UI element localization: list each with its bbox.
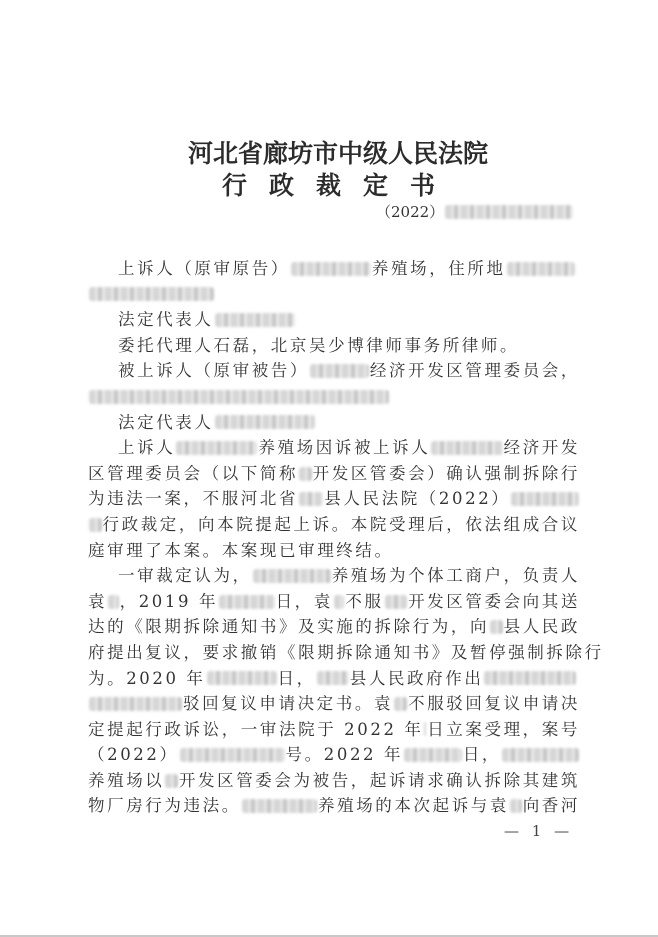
text-segment: 不服驳回复议申请决 xyxy=(408,691,580,717)
redaction-block xyxy=(502,748,579,762)
text-segment: 为。2020 年 xyxy=(88,666,206,692)
text-line: 法定代表人 xyxy=(88,410,580,436)
text-segment: 向香河 xyxy=(523,793,580,819)
redaction-block xyxy=(334,595,345,609)
case-number-prefix: （2022） xyxy=(376,201,444,222)
redaction-block xyxy=(385,595,408,609)
text-segment: 府提出复议，要求撤销《限期拆除通知书》及暂停强制拆除行 xyxy=(88,640,604,666)
text-segment: 为违法一案，不服河北省 xyxy=(88,486,298,512)
text-segment: 被上诉人（原审被告） xyxy=(118,358,309,384)
redaction-block xyxy=(242,799,317,813)
redaction-block xyxy=(394,697,407,711)
text-line: 上诉人养殖场因诉被上诉人经济开发 xyxy=(88,435,580,461)
text-segment: 区管理委员会（以下简称 xyxy=(88,461,298,487)
redaction-block xyxy=(176,441,257,455)
redaction-block xyxy=(310,364,369,378)
text-segment: 法定代表人 xyxy=(118,410,214,436)
text-line: 一审裁定认为，养殖场为个体工商户，负责人 xyxy=(88,563,580,589)
text-segment: 号。2022 年 xyxy=(286,742,404,768)
redaction-block xyxy=(317,671,349,685)
text-line: 为违法一案，不服河北省县人民法院（2022） xyxy=(88,486,580,512)
redaction-block xyxy=(490,620,502,634)
text-line xyxy=(88,384,580,410)
text-segment: 养殖场以 xyxy=(88,768,164,794)
text-line: 养殖场以开发区管委会为被告，起诉请求确认拆除其建筑 xyxy=(88,768,580,794)
text-segment: 达的《限期拆除通知书》及实施的拆除行为，向 xyxy=(88,614,489,640)
text-segment: 经济开发 xyxy=(504,435,580,461)
text-line: 委托代理人石磊，北京吴少博律师事务所律师。 xyxy=(88,333,580,359)
text-segment: 日， xyxy=(463,742,501,768)
text-segment: 委托代理人石磊，北京吴少博律师事务所律师。 xyxy=(118,333,519,359)
text-line: 驳回复议申请决定书。袁不服驳回复议申请决 xyxy=(88,691,580,717)
redaction-block xyxy=(299,467,311,481)
document-page: 河北省廊坊市中级人民法院 行政裁定书 （2022） 上诉人（原审原告）养殖场，住… xyxy=(0,0,658,935)
redaction-block xyxy=(207,671,277,685)
redaction-block xyxy=(219,595,275,609)
text-segment: 法定代表人 xyxy=(118,307,214,333)
text-segment: 不服 xyxy=(345,589,383,615)
text-segment: 养殖场因诉被上诉人 xyxy=(258,435,430,461)
redaction-block xyxy=(253,569,331,583)
redaction-block xyxy=(108,595,119,609)
text-segment: 上诉人（原审原告） xyxy=(118,256,290,282)
text-segment: 日， xyxy=(278,666,316,692)
text-line: 府提出复议，要求撤销《限期拆除通知书》及暂停强制拆除行 xyxy=(88,640,580,666)
text-line: 物厂房行为违法。养殖场的本次起诉与袁向香河 xyxy=(88,793,580,819)
text-segment: 一审裁定认为， xyxy=(118,563,252,589)
redaction-block xyxy=(89,697,182,711)
redaction-block xyxy=(165,774,177,788)
redaction-block xyxy=(180,748,285,762)
redaction-block xyxy=(299,492,323,506)
text-segment: （2022） xyxy=(88,742,179,768)
redaction-block xyxy=(424,722,426,736)
redaction-block xyxy=(484,671,576,685)
redaction-block xyxy=(431,441,502,455)
text-segment: 物厂房行为违法。 xyxy=(88,793,241,819)
redaction-block xyxy=(291,262,371,276)
text-line: 达的《限期拆除通知书》及实施的拆除行为，向县人民政 xyxy=(88,614,580,640)
redaction-block xyxy=(404,748,462,762)
text-line: 袁，2019 年日，袁不服开发区管委会向其送 xyxy=(88,589,580,615)
redaction-block xyxy=(215,313,295,327)
redaction-block xyxy=(511,492,579,506)
text-line: 行政裁定，向本院提起上诉。本院受理后，依法组成合议 xyxy=(88,512,580,538)
redaction-block xyxy=(89,390,389,404)
redaction-block xyxy=(215,415,315,429)
text-line: 庭审理了本案。本案现已审理终结。 xyxy=(88,538,580,564)
text-segment: 庭审理了本案。本案现已审理终结。 xyxy=(88,538,394,564)
text-line: 为。2020 年日，县人民政府作出 xyxy=(88,666,580,692)
document-body: 上诉人（原审原告）养殖场，住所地法定代表人委托代理人石磊，北京吴少博律师事务所律… xyxy=(88,256,580,819)
text-segment: 县人民法院（2022） xyxy=(324,486,510,512)
text-line: 被上诉人（原审被告）经济开发区管理委员会， xyxy=(88,358,580,384)
text-segment: 袁 xyxy=(88,589,107,615)
text-line: 区管理委员会（以下简称开发区管委会）确认强制拆除行 xyxy=(88,461,580,487)
text-segment: 开发区管委会向其送 xyxy=(408,589,580,615)
case-number-redaction xyxy=(445,205,573,219)
document-type-heading: 行政裁定书 xyxy=(222,166,457,202)
text-segment: 养殖场为个体工商户，负责人 xyxy=(332,563,580,589)
court-name-heading: 河北省廊坊市中级人民法院 xyxy=(188,134,488,170)
redaction-block xyxy=(510,799,522,813)
redaction-block xyxy=(507,262,575,276)
text-line: （2022）号。2022 年日， xyxy=(88,742,580,768)
text-segment: 日，袁 xyxy=(276,589,333,615)
text-segment: 上诉人 xyxy=(118,435,175,461)
page-number: — 1 — xyxy=(504,822,573,840)
text-segment: 定提起行政诉讼，一审法院于 2022 年 xyxy=(88,717,423,743)
text-segment: 开发区管委会）确认强制拆除行 xyxy=(313,461,580,487)
text-segment: 驳回复议申请决定书。袁 xyxy=(183,691,393,717)
text-line: 上诉人（原审原告）养殖场，住所地 xyxy=(88,256,580,282)
text-segment: 开发区管委会为被告，起诉请求确认拆除其建筑 xyxy=(179,768,580,794)
text-segment: 经济开发区管理委员会， xyxy=(370,358,580,384)
text-segment: ，2019 年 xyxy=(120,589,218,615)
case-number: （2022） xyxy=(376,201,574,222)
redaction-block xyxy=(89,518,102,532)
text-segment: 日立案受理，案号 xyxy=(427,717,580,743)
redaction-block xyxy=(89,287,214,301)
text-segment: 养殖场，住所地 xyxy=(372,256,506,282)
text-line: 法定代表人 xyxy=(88,307,580,333)
text-line xyxy=(88,282,580,308)
text-segment: 县人民政府作出 xyxy=(350,666,484,692)
text-segment: 县人民政 xyxy=(504,614,580,640)
text-segment: 养殖场的本次起诉与袁 xyxy=(318,793,509,819)
text-segment: 行政裁定，向本院提起上诉。本院受理后，依法组成合议 xyxy=(103,512,581,538)
text-line: 定提起行政诉讼，一审法院于 2022 年日立案受理，案号 xyxy=(88,717,580,743)
